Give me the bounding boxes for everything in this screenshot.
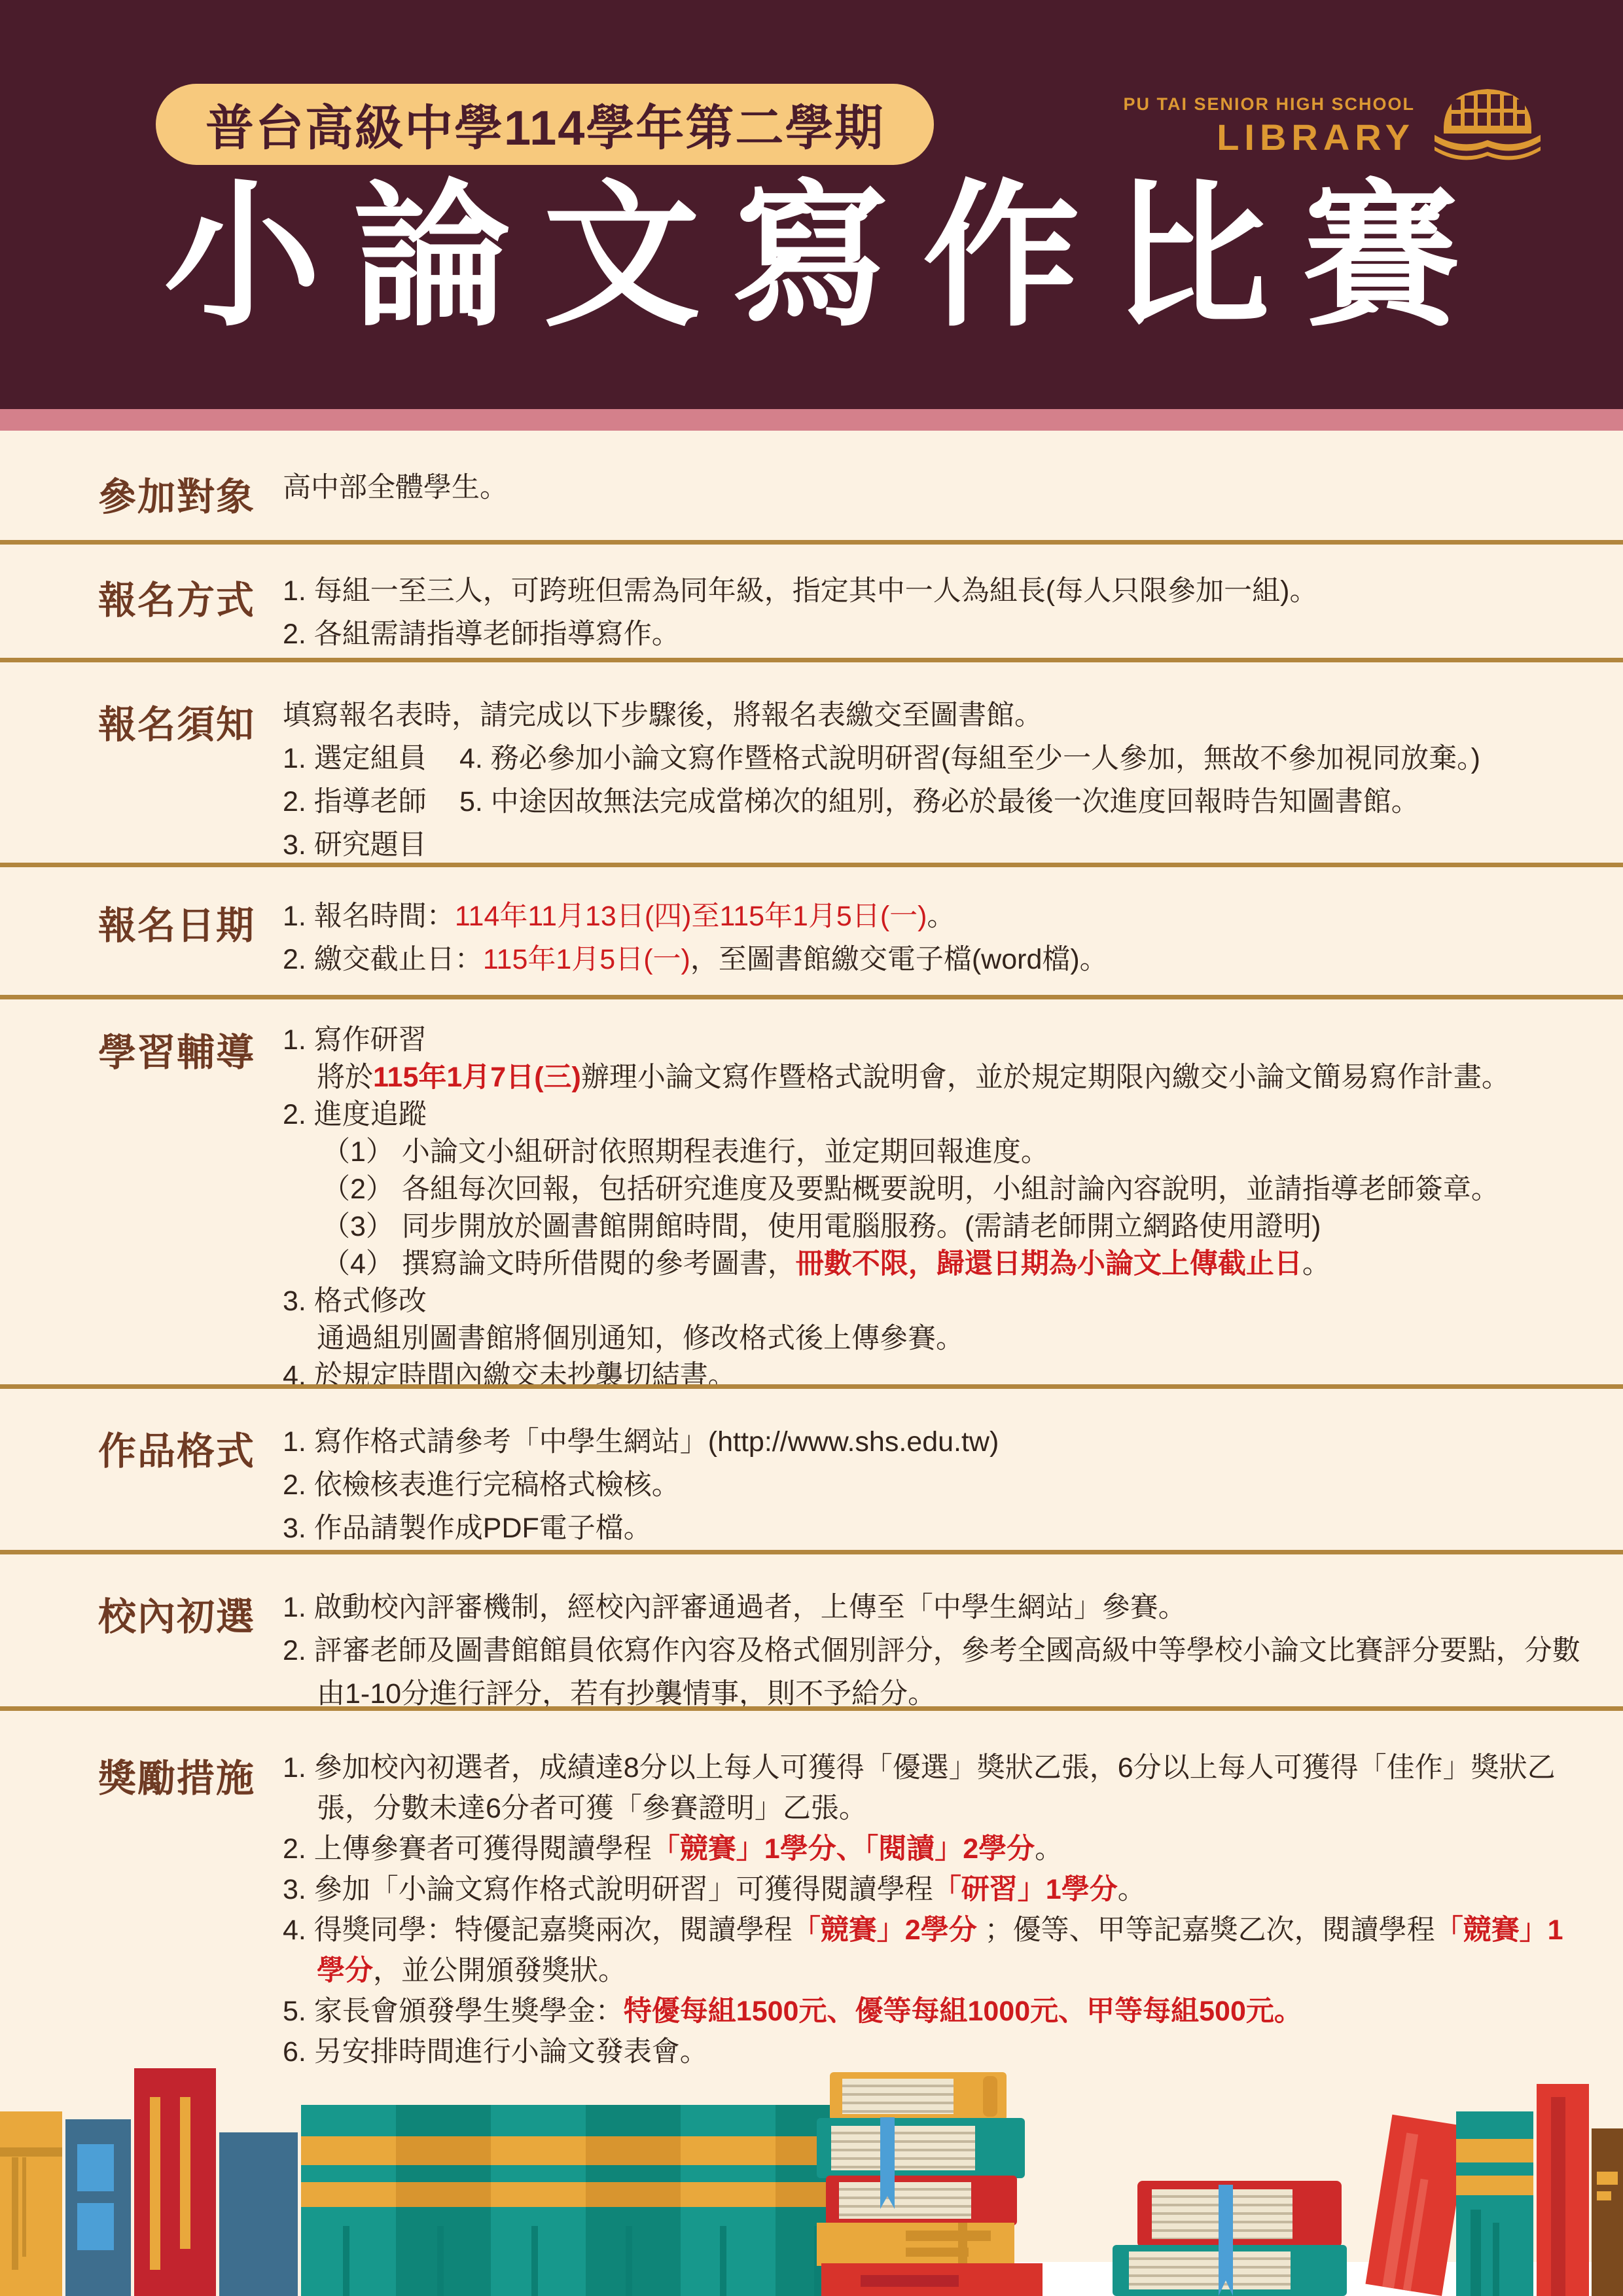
list-item: 5. 家長會頒發學生獎學金：特優每組1500元、優等每組1000元、甲等每組50… <box>283 1991 1584 2032</box>
section-label: 獎勵措施 <box>0 1748 283 2051</box>
list-item: （4） 撰寫論文時所借閱的參考圖書，冊數不限，歸還日期為小論文上傳截止日。 <box>322 1246 1584 1283</box>
section-label: 報名日期 <box>0 895 283 995</box>
logo-library-word: LIBRARY <box>1123 116 1415 158</box>
list-item: 1. 報名時間：114年11月13日(四)至115年1月5日(一)。 <box>283 895 1584 938</box>
scholarship-highlight: 特優每組1500元、優等每組1000元、甲等每組500元。 <box>624 1996 1302 2027</box>
date-highlight: 114年11月13日(四)至115年1月5日(一) <box>455 901 927 932</box>
list-item: 4. 得獎同學：特優記嘉獎兩次，閱讀學程「競賽」2學分 ；優等、甲等記嘉獎乙次，… <box>283 1910 1584 1991</box>
date-highlight: 115年1月7日(三) <box>373 1062 581 1093</box>
stacked-book <box>826 2176 1017 2225</box>
credit-highlight: 「競賽」2學分 <box>793 1914 977 1946</box>
stacked-book <box>817 2223 1014 2266</box>
section-label: 校內初選 <box>0 1586 283 1706</box>
section-label: 報名須知 <box>0 694 283 863</box>
book-spine <box>0 2111 62 2296</box>
section-participants: 參加對象 高中部全體學生。 <box>0 431 1623 540</box>
list-item: 2. 各組需請指導老師指導寫作。 <box>283 613 1584 656</box>
stacked-book <box>1137 2181 1342 2248</box>
list-item: （1） 小論文小組研討依照期程表進行，並定期回報進度。 <box>322 1134 1584 1171</box>
book-spine <box>65 2119 131 2296</box>
list-item: （2） 各組每次回報，包括研究進度及要點概要說明，小組討論內容說明，並請指導老師… <box>322 1171 1584 1208</box>
book-spine-wide <box>301 2105 870 2296</box>
pink-accent-stripe <box>0 409 1623 431</box>
poster-title: 小論文寫作比賽 <box>164 178 1492 335</box>
list-item: 4. 務必參加小論文寫作暨格式說明研習(每組至少一人參加，無故不參加視同放棄。) <box>459 737 1584 780</box>
section-label: 參加對象 <box>0 466 283 540</box>
section-divider <box>0 863 1623 867</box>
library-building-book-icon <box>1432 77 1543 172</box>
section-divider <box>0 658 1623 662</box>
stacked-book <box>830 2072 1007 2121</box>
list-item: 3. 格式修改 <box>283 1283 1584 1320</box>
header-banner: 普台高級中學114學年第二學期 PU TAI SENIOR HIGH SCHOO… <box>0 0 1623 409</box>
section-divider <box>0 1550 1623 1554</box>
section-label: 作品格式 <box>0 1420 283 1550</box>
poster-page: 普台高級中學114學年第二學期 PU TAI SENIOR HIGH SCHOO… <box>0 0 1623 2296</box>
list-item: 通過組別圖書館將個別通知，修改格式後上傳參賽。 <box>317 1320 1584 1357</box>
semester-pill-label: 普台高級中學114學年第二學期 <box>205 90 884 159</box>
list-item: 1. 選定組員 <box>283 737 459 780</box>
stacked-book <box>817 2118 1025 2178</box>
books-illustration <box>0 2051 1623 2296</box>
list-item: 1. 寫作格式請參考「中學生網站」(http://www.shs.edu.tw) <box>283 1420 1584 1463</box>
book-spine <box>1592 2128 1623 2296</box>
section-divider <box>0 1384 1623 1389</box>
list-item: 1. 參加校內初選者，成績達8分以上每人可獲得「優選」獎狀乙張，6分以上每人可獲… <box>283 1748 1584 1829</box>
borrow-highlight: 冊數不限，歸還日期為小論文上傳截止日 <box>796 1248 1302 1280</box>
list-item: 2. 評審老師及圖書館館員依寫作內容及格式個別評分，參考全國高級中等學校小論文比… <box>283 1629 1584 1715</box>
list-item: 2. 依檢核表進行完稿格式檢核。 <box>283 1463 1584 1507</box>
list-item: 2. 上傳參賽者可獲得閱讀學程「競賽」1學分、「閱讀」2學分。 <box>283 1829 1584 1869</box>
book-spine <box>134 2068 216 2296</box>
date-highlight: 115年1月5日(一) <box>483 944 690 975</box>
book-spine <box>1456 2111 1533 2296</box>
list-item: 1. 寫作研習 <box>283 1022 1584 1059</box>
section-text: 高中部全體學生。 <box>283 466 1584 509</box>
list-item: 3. 作品請製作成PDF電子檔。 <box>283 1507 1584 1550</box>
section-registration-dates: 報名日期 1. 報名時間：114年11月13日(四)至115年1月5日(一)。 … <box>0 867 1623 995</box>
logo-school-name: PU TAI SENIOR HIGH SCHOOL <box>1123 94 1415 115</box>
section-divider <box>0 540 1623 545</box>
section-divider <box>0 995 1623 999</box>
credit-highlight: 「競賽」1學分、「閱讀」2學分 <box>652 1833 1035 1865</box>
list-item: 1. 每組一至三人，可跨班但需為同年級，指定其中一人為組長(每人只限參加一組)。 <box>283 569 1584 613</box>
list-item: 將於115年1月7日(三)辦理小論文寫作暨格式說明會，並於規定期限內繳交小論文簡… <box>317 1059 1584 1096</box>
library-logo-text: PU TAI SENIOR HIGH SCHOOL LIBRARY <box>1123 94 1415 158</box>
section-intro: 填寫報名表時，請完成以下步驟後，將報名表繳交至圖書館。 <box>283 694 1584 737</box>
bookmark-ribbon <box>1219 2185 1233 2296</box>
list-item: 3. 參加「小論文寫作格式說明研習」可獲得閱讀學程「研習」1學分。 <box>283 1869 1584 1910</box>
notes-columns: 1. 選定組員 2. 指導老師 3. 研究題目 4. 務必參加小論文寫作暨格式說… <box>283 737 1584 867</box>
book-spine <box>1537 2084 1589 2296</box>
section-school-preliminary: 校內初選 1. 啟動校內評審機制，經校內評審通過者，上傳至「中學生網站」參賽。 … <box>0 1554 1623 1706</box>
library-logo: PU TAI SENIOR HIGH SCHOOL LIBRARY <box>1123 77 1543 172</box>
section-learning-guidance: 學習輔導 1. 寫作研習 將於115年1月7日(三)辦理小論文寫作暨格式說明會，… <box>0 999 1623 1384</box>
list-item: 3. 研究題目 <box>283 823 459 867</box>
list-item: 2. 繳交截止日：115年1月5日(一)，至圖書館繳交電子檔(word檔)。 <box>283 938 1584 981</box>
list-item: 1. 啟動校內評審機制，經校內評審通過者，上傳至「中學生網站」參賽。 <box>283 1586 1584 1629</box>
section-registration-notes: 報名須知 填寫報名表時，請完成以下步驟後，將報名表繳交至圖書館。 1. 選定組員… <box>0 662 1623 863</box>
list-item: 2. 進度追蹤 <box>283 1096 1584 1134</box>
semester-pill: 普台高級中學114學年第二學期 <box>156 84 934 165</box>
section-rewards: 獎勵措施 1. 參加校內初選者，成績達8分以上每人可獲得「優選」獎狀乙張，6分以… <box>0 1711 1623 2051</box>
book-spine <box>219 2132 298 2296</box>
section-registration-method: 報名方式 1. 每組一至三人，可跨班但需為同年級，指定其中一人為組長(每人只限參… <box>0 545 1623 658</box>
section-work-format: 作品格式 1. 寫作格式請參考「中學生網站」(http://www.shs.ed… <box>0 1389 1623 1550</box>
list-item: 2. 指導老師 <box>283 780 459 823</box>
section-divider <box>0 1706 1623 1711</box>
list-item: 5. 中途因故無法完成當梯次的組別，務必於最後一次進度回報時告知圖書館。 <box>459 780 1584 823</box>
credit-highlight: 「研習」1學分 <box>933 1874 1118 1905</box>
section-label: 學習輔導 <box>0 1022 283 1384</box>
bookmark-ribbon <box>880 2117 895 2209</box>
section-label: 報名方式 <box>0 569 283 658</box>
stacked-book <box>821 2263 1043 2296</box>
list-item: （3） 同步開放於圖書館開館時間，使用電腦服務。(需請老師開立網路使用證明) <box>322 1208 1584 1246</box>
